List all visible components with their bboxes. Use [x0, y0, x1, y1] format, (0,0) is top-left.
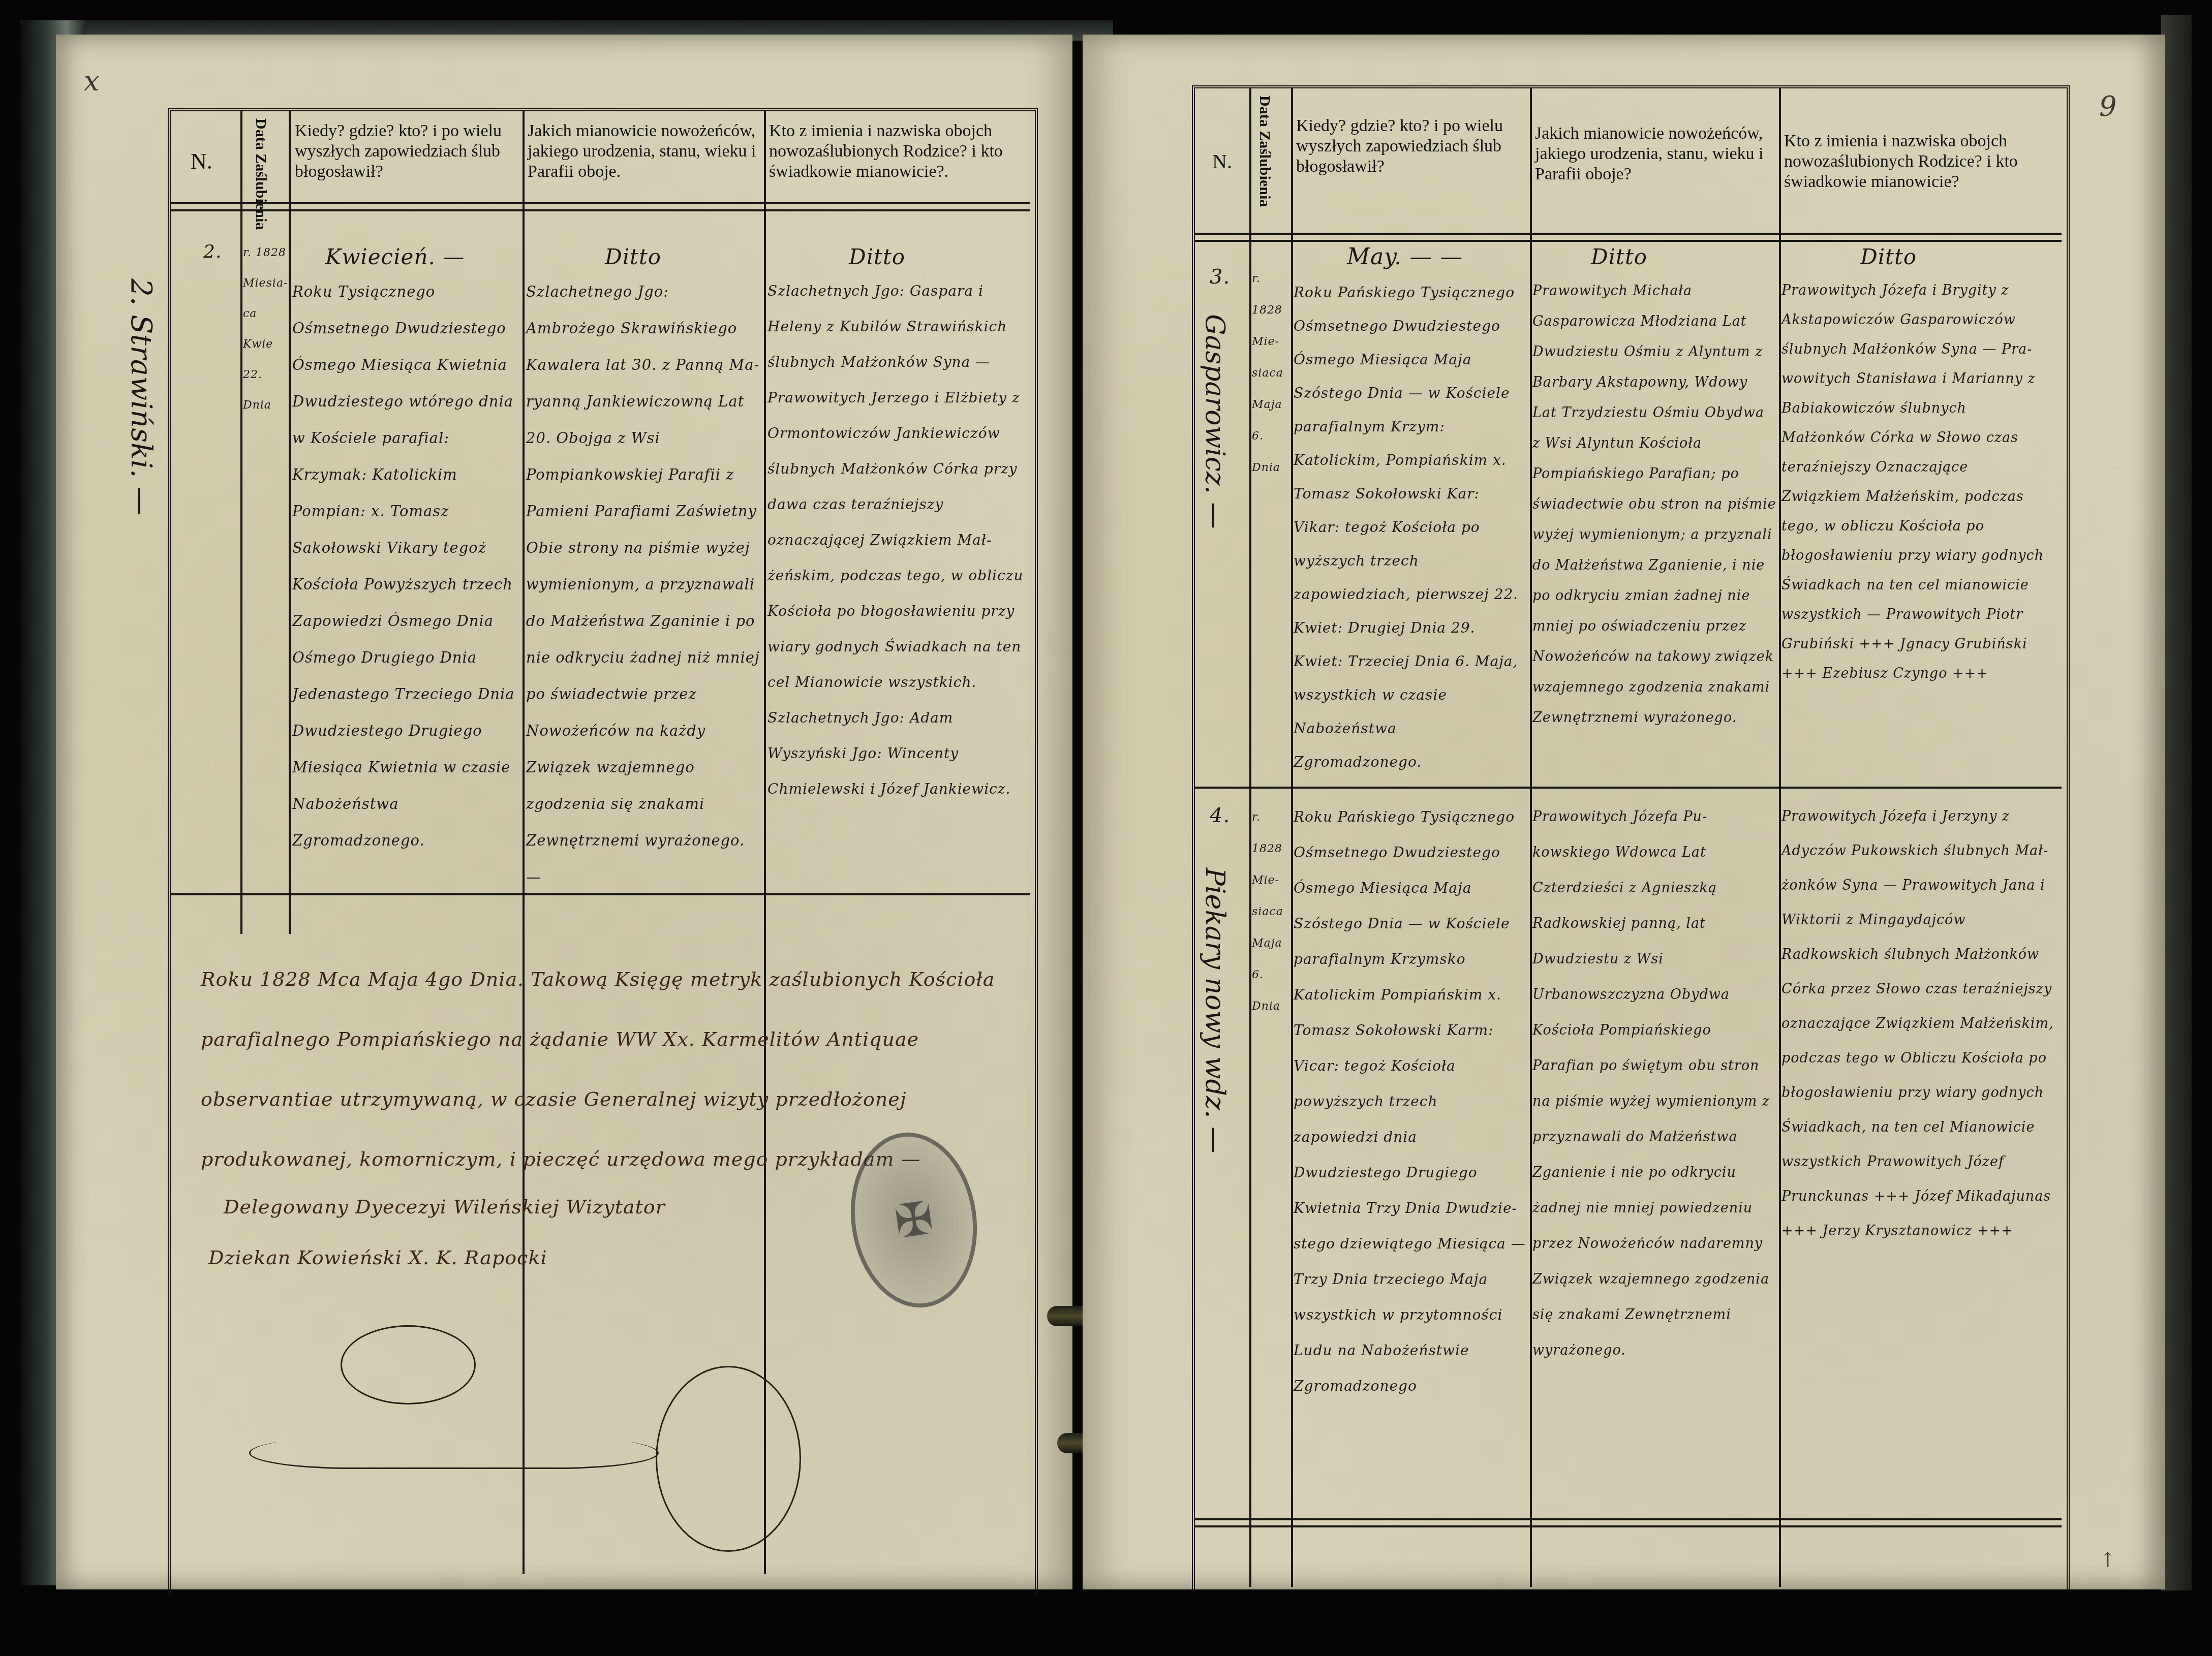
entry-when-text: Roku Pańskiego Tysiącznego Ośmsetnego Dw…: [1294, 276, 1527, 779]
entry-who-text: Prawowitych Michała Gasparowicza Młodzia…: [1532, 276, 1776, 733]
folio-number: 9: [2099, 90, 2116, 122]
margin-surname: Piekary nowy wdz. —: [1200, 868, 1230, 1153]
left-page: x N. Data Zaślubienia Kiedy? gdzie? kto?…: [56, 35, 1072, 1589]
right-page: 9 N. Data Zaślubienia Kiedy? gdzie? kto?…: [1083, 35, 2165, 1589]
column-divider: [1249, 88, 1251, 1587]
entry-number: 2.: [203, 238, 222, 266]
header-when: Kiedy? gdzie? kto? i po wielu wyszłych z…: [1296, 116, 1527, 177]
entry-date: r. 1828 Mie­sia­ca Ma­ja 6. Dnia: [1252, 263, 1291, 484]
column-divider: [1291, 88, 1293, 1587]
entry-who-heading: Ditto: [1591, 243, 1647, 271]
entry-date: r. 1828 Mie­sia­ca Kwie 22. Dnia: [243, 238, 288, 421]
entry-rule: [1195, 787, 2062, 789]
header-parents: Kto z imienia i nazwiska obojch nowozaśl…: [769, 121, 1026, 182]
header-date: Data Zaślubienia: [1256, 96, 1273, 207]
header-parents: Kto z imienia i nazwiska obojch nowozaśl…: [1784, 131, 2059, 192]
eagle-emblem-icon: ✠: [891, 1191, 936, 1249]
entry-who-text: Prawowitych Józefa Pu­kowskiego Wdowca L…: [1532, 799, 1776, 1368]
entry-parents-text: Prawowitych Józefa i Jerzy­ny z Adyczów …: [1781, 799, 2056, 1248]
visitator-signature: Dziekan Kowieński X. K. Rapocki: [208, 1244, 547, 1272]
entry-date: r. 1828 Mie­sia­ca Ma­ja 6. Dnia: [1252, 802, 1291, 1022]
header-date: Data Zaślubienia: [252, 118, 269, 230]
header-who: Jakich mianowicie nowożeńców, jakiego ur…: [1535, 123, 1774, 184]
left-corner-mark: x: [84, 65, 99, 97]
column-divider: [1779, 88, 1781, 1587]
signature-flourish: [341, 1325, 476, 1404]
entry-when-text: Roku Tysiącznego Ośmsetnego Dwudziestego…: [292, 273, 521, 859]
header-who: Jakich mianowicie nowożeńców, jakiego ur…: [528, 121, 759, 182]
column-divider: [523, 111, 525, 1574]
header-rule: [171, 202, 1030, 211]
entry-parents-heading: Ditto: [1860, 243, 1917, 271]
column-divider: [289, 111, 291, 934]
signature-flourish: [656, 1366, 801, 1552]
header-number: N.: [1212, 151, 1232, 172]
entry-when-heading: May. — —: [1347, 243, 1463, 271]
column-divider: [764, 111, 766, 1574]
entry-parents-text: Prawowitych Józefa i Bry­gity z Akstapow…: [1781, 276, 2046, 689]
bottom-corner-mark: ↑: [2099, 1549, 2116, 1572]
book-spread: x N. Data Zaślubienia Kiedy? gdzie? kto?…: [0, 0, 2212, 1656]
entry-who-text: Szlachetnego Jgo: Ambrożego Skrawiń­skie…: [526, 273, 762, 895]
entry-who-heading: Ditto: [605, 243, 661, 271]
entry-when-text: Roku Pańskiego Tysiącz­nego Ośmsetnego D…: [1294, 799, 1527, 1404]
header-rule: [1195, 233, 2062, 242]
entry-number: 4.: [1210, 802, 1230, 830]
entry-parents-text: Szlachetnych Jgo: Gaspa­ra i Heleny z Ku…: [767, 273, 1024, 807]
book-cover-right-edge: [2161, 15, 2192, 1590]
column-divider: [240, 111, 242, 934]
margin-surname: Gasparowicz. —: [1200, 314, 1230, 528]
margin-surname: 2. Strawiński. —: [125, 278, 158, 515]
header-when: Kiedy? gdzie? kto? i po wielu wyszłych z…: [295, 121, 518, 182]
header-number: N.: [191, 151, 212, 172]
entry-parents-heading: Ditto: [849, 243, 905, 271]
entry-when-heading: Kwiecień. —: [325, 243, 465, 271]
visitator-title: Delegowany Dyecezyi Wileńskiej Wizytator: [224, 1193, 665, 1221]
signature-underline: [249, 1437, 659, 1469]
column-divider: [1530, 88, 1532, 1587]
footer-rule: [1195, 1518, 2062, 1527]
entry-number: 3.: [1210, 263, 1230, 291]
